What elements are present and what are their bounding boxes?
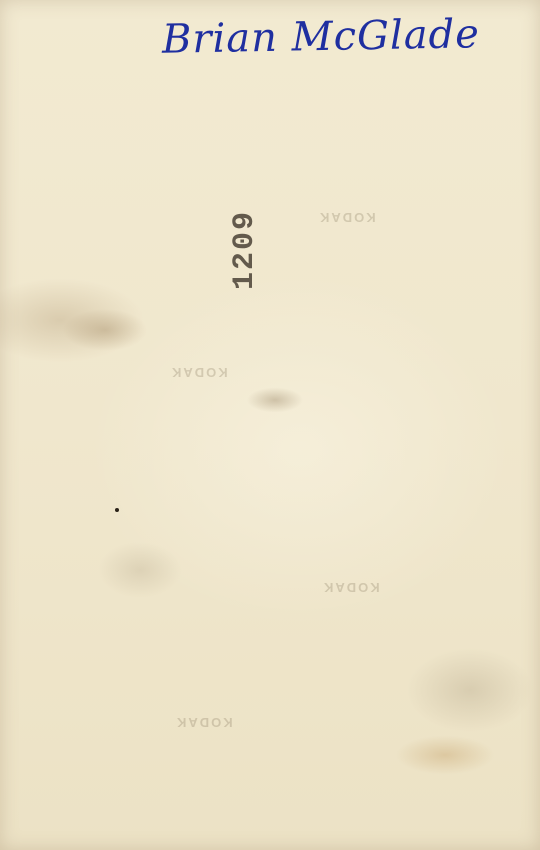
watermark: KODAK	[322, 580, 380, 595]
ink-fleck	[115, 508, 119, 512]
photo-back-card: Brian McGlade 1209 KODAK KODAK KODAK KOD…	[0, 0, 540, 850]
stamped-number: 1209	[228, 210, 262, 290]
watermark: KODAK	[318, 210, 376, 225]
watermark: KODAK	[170, 365, 228, 380]
paper-edge-shading	[0, 0, 540, 850]
handwritten-inscription: Brian McGlade	[162, 11, 481, 63]
watermark: KODAK	[175, 715, 233, 730]
